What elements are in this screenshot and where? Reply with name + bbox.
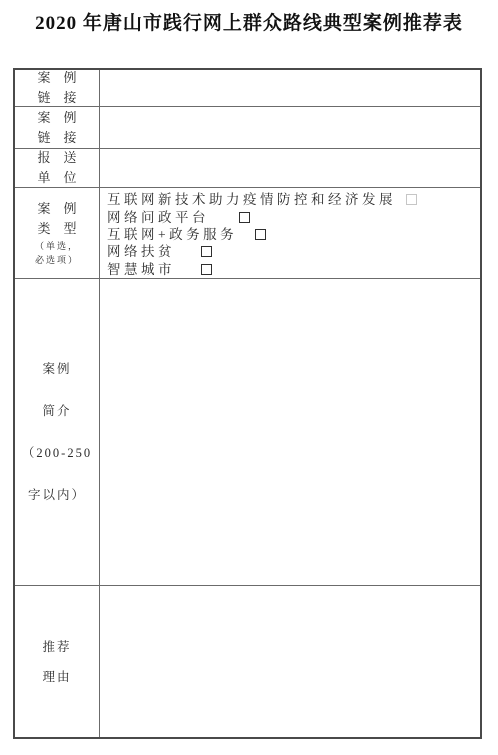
case-type-option: 互联网+政务服务 <box>107 226 476 243</box>
label-text: 推荐 <box>42 632 71 662</box>
case-summary-input-area[interactable] <box>100 279 480 585</box>
case-link-2-label: 案 例 链 接 <box>15 107 100 148</box>
page-title: 2020 年唐山市践行网上群众路线典型案例推荐表 <box>0 8 498 35</box>
case-type-options: 互联网新技术助力疫情防控和经济发展 网络问政平台 互联网+政务服务 网络扶贫 智… <box>100 188 480 278</box>
label-note-text: （单选， <box>35 239 79 253</box>
recommendation-form-table: 案 例 链 接 案 例 链 接 报 送 单 位 案 例 类 型 <box>13 68 482 739</box>
table-row-case-summary: 案例 简介 （200-250 字以内） <box>15 279 480 586</box>
option-label: 互联网新技术助力疫情防控和经济发展 <box>107 191 396 208</box>
label-text: 案例 <box>42 348 71 390</box>
checkbox-covid-tech[interactable] <box>406 194 417 205</box>
label-text: （200-250 <box>22 432 92 474</box>
case-link-1-label: 案 例 链 接 <box>15 70 100 106</box>
option-label: 互联网+政务服务 <box>107 226 237 243</box>
case-type-label: 案 例 类 型 （单选， 必选项） <box>15 188 100 278</box>
checkbox-network-poverty-alleviation[interactable] <box>201 246 212 257</box>
label-text: 简介 <box>42 390 71 432</box>
document-page: 2020 年唐山市践行网上群众路线典型案例推荐表 案 例 链 接 案 例 链 接… <box>0 0 498 755</box>
checkbox-internet-gov-services[interactable] <box>255 229 266 240</box>
checkbox-smart-city[interactable] <box>201 264 212 275</box>
label-text: 案 例 <box>37 68 76 88</box>
reporting-unit-label: 报 送 单 位 <box>15 149 100 187</box>
label-text: 报 送 <box>37 148 76 168</box>
label-text: 链 接 <box>37 88 76 108</box>
option-label: 智慧城市 <box>107 261 175 278</box>
option-label: 网络扶贫 <box>107 243 175 260</box>
label-text: 理由 <box>42 662 71 692</box>
label-text: 案 例 <box>37 108 76 128</box>
recommendation-reason-input-area[interactable] <box>100 586 480 737</box>
checkbox-online-inquiry-platform[interactable] <box>239 212 250 223</box>
label-text: 类 型 <box>37 219 76 239</box>
case-type-option: 智慧城市 <box>107 261 476 278</box>
option-label: 网络问政平台 <box>107 209 209 226</box>
label-text: 单 位 <box>37 168 76 188</box>
table-row-case-type: 案 例 类 型 （单选， 必选项） 互联网新技术助力疫情防控和经济发展 网络问政… <box>15 188 480 279</box>
label-text: 链 接 <box>37 128 76 148</box>
recommendation-reason-label: 推荐 理由 <box>15 586 100 737</box>
table-row-case-link-1: 案 例 链 接 <box>15 70 480 107</box>
label-text: 字以内） <box>28 474 86 516</box>
case-summary-label: 案例 简介 （200-250 字以内） <box>15 279 100 585</box>
case-type-option: 网络扶贫 <box>107 243 476 260</box>
case-link-1-input-area[interactable] <box>100 70 480 106</box>
case-link-2-input-area[interactable] <box>100 107 480 148</box>
label-note-text: 必选项） <box>35 253 79 267</box>
case-type-option: 互联网新技术助力疫情防控和经济发展 <box>107 191 476 208</box>
table-row-recommendation-reason: 推荐 理由 <box>15 586 480 737</box>
reporting-unit-input-area[interactable] <box>100 149 480 187</box>
label-text: 案 例 <box>37 199 76 219</box>
case-type-option: 网络问政平台 <box>107 209 476 226</box>
table-row-reporting-unit: 报 送 单 位 <box>15 149 480 188</box>
table-row-case-link-2: 案 例 链 接 <box>15 107 480 149</box>
